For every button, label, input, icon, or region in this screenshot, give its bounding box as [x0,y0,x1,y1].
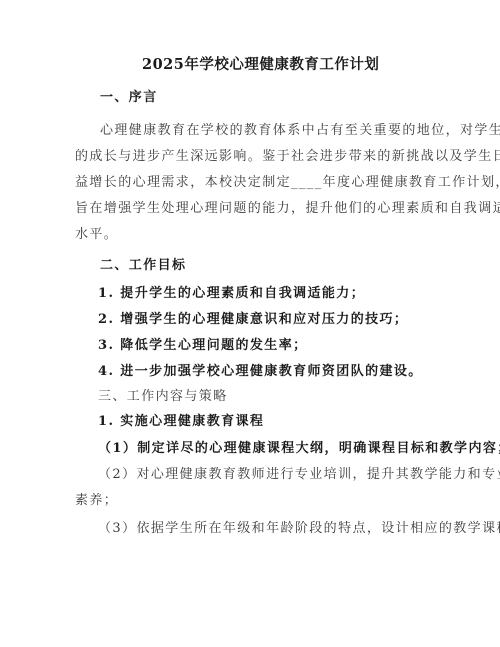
paragraph-line: 水平。 [75,227,118,243]
document-title: 2025年学校心理健康教育工作计划 [142,57,379,73]
section-heading-content: 三、工作内容与策略 [98,389,228,405]
list-item: （3）依据学生所在年级和年龄阶段的特点，设计相应的教学课程 [98,521,500,537]
list-item-continuation: 素养； [75,493,118,509]
paragraph-line: 益增长的心理需求，本校决定制定____年度心理健康教育工作计划， [75,175,500,191]
section-heading-goals: 二、工作目标 [100,258,186,274]
list-item: （2）对心理健康教育教师进行专业培训，提升其教学能力和专业 [98,467,500,483]
paragraph-line: 旨在增强学生处理心理问题的能力，提升他们的心理素质和自我调适 [75,201,500,217]
goal-item: 2. 增强学生的心理健康意识和应对压力的技巧； [98,312,408,328]
document-page: 2025年学校心理健康教育工作计划 一、序言 心理健康教育在学校的教育体系中占有… [0,0,500,647]
goal-item: 4. 进一步加强学校心理健康教育师资团队的建设。 [98,364,423,380]
list-item: （1）制定详尽的心理健康课程大纲，明确课程目标和教学内容； [98,441,500,457]
section-heading-preface: 一、序言 [100,90,158,106]
paragraph-line: 的成长与进步产生深远影响。鉴于社会进步带来的新挑战以及学生日 [75,149,500,165]
goal-item: 1. 提升学生的心理素质和自我调适能力； [98,286,365,302]
goal-item: 3. 降低学生心理问题的发生率； [98,338,308,354]
subsection-heading-courses: 1. 实施心理健康教育课程 [98,414,264,430]
paragraph-line: 心理健康教育在学校的教育体系中占有至关重要的地位，对学生 [100,123,500,139]
